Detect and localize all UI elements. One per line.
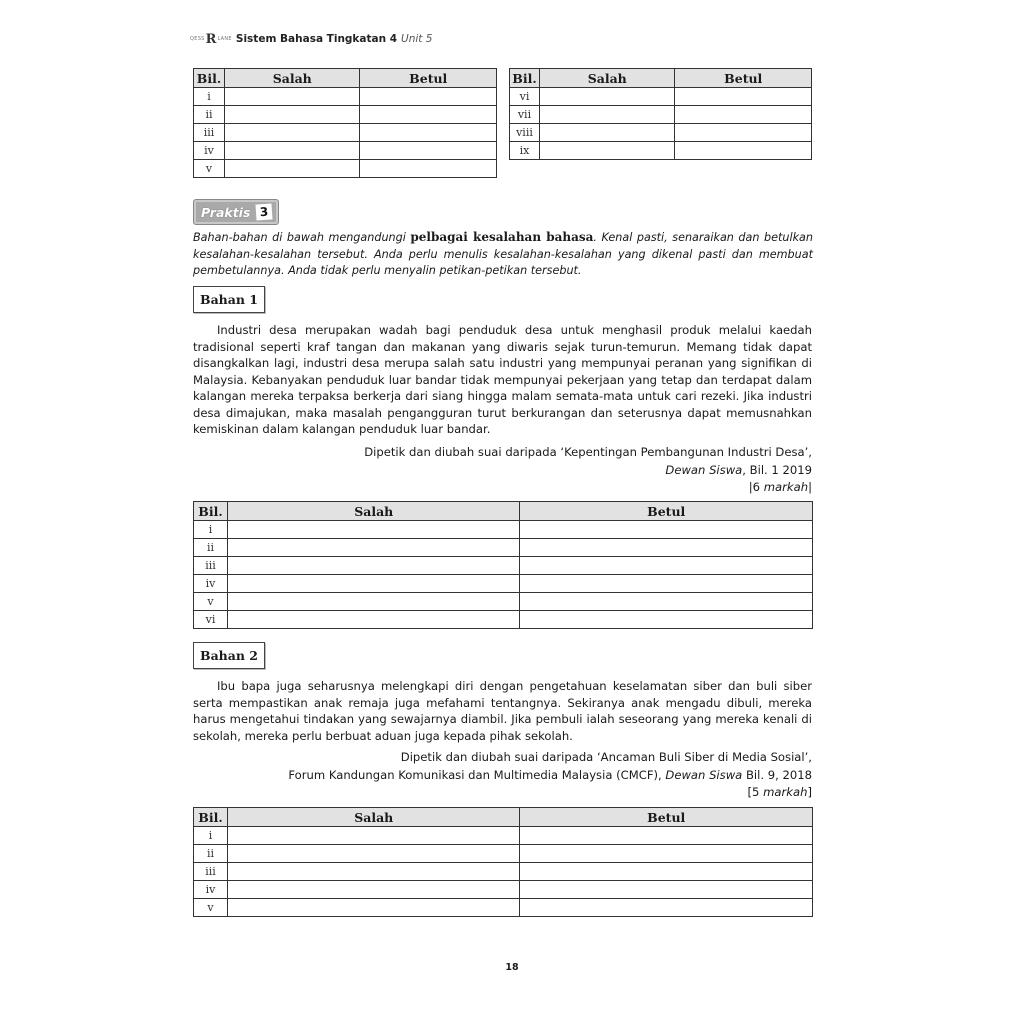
table-row: v xyxy=(194,593,813,611)
salah-cell[interactable] xyxy=(224,106,360,124)
praktis-label: Praktis xyxy=(201,205,250,220)
bahan-2-source: Dipetik dan diubah suai daripada ‘Ancama… xyxy=(288,749,812,802)
praktis-badge: Praktis 3 xyxy=(193,199,279,225)
table-row: iii xyxy=(194,124,497,142)
betul-cell[interactable] xyxy=(520,611,813,629)
salah-cell[interactable] xyxy=(227,881,520,899)
salah-cell[interactable] xyxy=(224,160,360,178)
row-number: vi xyxy=(510,88,540,106)
salah-cell[interactable] xyxy=(227,557,520,575)
row-number: iii xyxy=(194,557,228,575)
betul-cell[interactable] xyxy=(520,575,813,593)
bahan-1-passage: Industri desa merupakan wadah bagi pendu… xyxy=(193,322,812,438)
answer-table-top-left: Bil. Salah Betul iiiiiiivv xyxy=(193,68,497,178)
col-header-betul: Betul xyxy=(520,808,813,827)
table-row: v xyxy=(194,899,813,917)
salah-cell[interactable] xyxy=(539,124,675,142)
betul-cell[interactable] xyxy=(360,88,497,106)
unit-label: Unit 5 xyxy=(401,33,432,45)
row-number: ii xyxy=(194,539,228,557)
bahan-1-label: Bahan 1 xyxy=(193,286,265,313)
col-header-bil: Bil. xyxy=(194,69,225,88)
bahan-1-marks: |6 markah| xyxy=(364,479,812,497)
betul-cell[interactable] xyxy=(360,142,497,160)
col-header-salah: Salah xyxy=(224,69,360,88)
bahan-2-marks: [5 markah] xyxy=(288,784,812,802)
betul-cell[interactable] xyxy=(675,106,812,124)
table-row: i xyxy=(194,88,497,106)
salah-cell[interactable] xyxy=(227,845,520,863)
table-row: vi xyxy=(510,88,812,106)
salah-cell[interactable] xyxy=(224,88,360,106)
betul-cell[interactable] xyxy=(360,124,497,142)
bahan-1-source: Dipetik dan diubah suai daripada ‘Kepent… xyxy=(364,444,812,497)
row-number: iv xyxy=(194,881,228,899)
row-number: ii xyxy=(194,106,225,124)
col-header-bil: Bil. xyxy=(510,69,540,88)
table-row: iv xyxy=(194,881,813,899)
col-header-bil: Bil. xyxy=(194,808,228,827)
answer-table-bahan-2: Bil. Salah Betul iiiiiiivv xyxy=(193,807,813,917)
table-row: i xyxy=(194,521,813,539)
table-row: i xyxy=(194,827,813,845)
row-number: i xyxy=(194,521,228,539)
col-header-salah: Salah xyxy=(227,502,520,521)
table-row: iii xyxy=(194,863,813,881)
salah-cell[interactable] xyxy=(227,899,520,917)
table-row: ii xyxy=(194,106,497,124)
betul-cell[interactable] xyxy=(520,863,813,881)
betul-cell[interactable] xyxy=(520,539,813,557)
betul-cell[interactable] xyxy=(675,142,812,160)
running-header: QESS R LANE Sistem Bahasa Tingkatan 4 Un… xyxy=(190,30,432,48)
betul-cell[interactable] xyxy=(360,160,497,178)
row-number: v xyxy=(194,899,228,917)
col-header-salah: Salah xyxy=(227,808,520,827)
col-header-betul: Betul xyxy=(675,69,812,88)
betul-cell[interactable] xyxy=(675,124,812,142)
row-number: v xyxy=(194,593,228,611)
betul-cell[interactable] xyxy=(520,899,813,917)
salah-cell[interactable] xyxy=(227,827,520,845)
row-number: viii xyxy=(510,124,540,142)
row-number: iii xyxy=(194,124,225,142)
row-number: iii xyxy=(194,863,228,881)
salah-cell[interactable] xyxy=(539,88,675,106)
table-row: viii xyxy=(510,124,812,142)
row-number: vii xyxy=(510,106,540,124)
table-row: vi xyxy=(194,611,813,629)
col-header-bil: Bil. xyxy=(194,502,228,521)
table-row: v xyxy=(194,160,497,178)
row-number: ii xyxy=(194,845,228,863)
table-row: ii xyxy=(194,539,813,557)
row-number: ix xyxy=(510,142,540,160)
salah-cell[interactable] xyxy=(227,863,520,881)
row-number: iv xyxy=(194,142,225,160)
table-row: ii xyxy=(194,845,813,863)
row-number: vi xyxy=(194,611,228,629)
salah-cell[interactable] xyxy=(227,521,520,539)
salah-cell[interactable] xyxy=(227,611,520,629)
betul-cell[interactable] xyxy=(675,88,812,106)
row-number: iv xyxy=(194,575,228,593)
page-number: 18 xyxy=(0,962,1024,973)
betul-cell[interactable] xyxy=(520,845,813,863)
salah-cell[interactable] xyxy=(224,142,360,160)
table-row: iii xyxy=(194,557,813,575)
col-header-salah: Salah xyxy=(539,69,675,88)
table-row: vii xyxy=(510,106,812,124)
instructions: Bahan-bahan di bawah mengandungi pelbaga… xyxy=(193,229,813,280)
row-number: i xyxy=(194,88,225,106)
answer-table-top-right: Bil. Salah Betul viviiviiiix xyxy=(509,68,812,160)
col-header-betul: Betul xyxy=(520,502,813,521)
table-row: iv xyxy=(194,142,497,160)
salah-cell[interactable] xyxy=(539,106,675,124)
answer-table-bahan-1: Bil. Salah Betul iiiiiiivvvi xyxy=(193,501,813,629)
betul-cell[interactable] xyxy=(360,106,497,124)
praktis-number: 3 xyxy=(256,203,273,220)
betul-cell[interactable] xyxy=(520,557,813,575)
row-number: v xyxy=(194,160,225,178)
row-number: i xyxy=(194,827,228,845)
bahan-2-label: Bahan 2 xyxy=(193,642,265,669)
table-row: iv xyxy=(194,575,813,593)
betul-cell[interactable] xyxy=(520,881,813,899)
salah-cell[interactable] xyxy=(539,142,675,160)
publisher-logo: QESS R LANE xyxy=(190,32,232,47)
salah-cell[interactable] xyxy=(224,124,360,142)
instructions-bold: pelbagai kesalahan bahasa xyxy=(410,230,593,244)
col-header-betul: Betul xyxy=(360,69,497,88)
salah-cell[interactable] xyxy=(227,539,520,557)
betul-cell[interactable] xyxy=(520,521,813,539)
bahan-2-passage: Ibu bapa juga seharusnya melengkapi diri… xyxy=(193,678,812,744)
betul-cell[interactable] xyxy=(520,593,813,611)
table-row: ix xyxy=(510,142,812,160)
salah-cell[interactable] xyxy=(227,593,520,611)
betul-cell[interactable] xyxy=(520,827,813,845)
salah-cell[interactable] xyxy=(227,575,520,593)
book-title: Sistem Bahasa Tingkatan 4 xyxy=(236,33,397,45)
